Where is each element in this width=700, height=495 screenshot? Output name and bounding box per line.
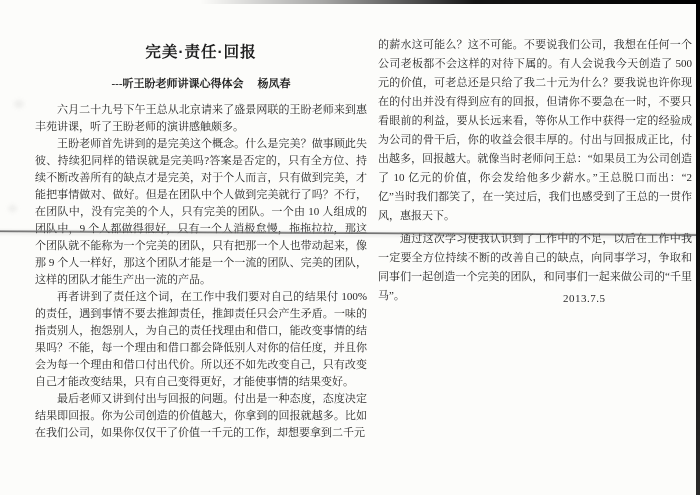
author-name: 杨凤春 (258, 78, 291, 90)
date-text: 2013.7.5 (563, 293, 606, 305)
left-column: 完美·责任·回报 ---听王盼老师讲课心得体会杨凤春 六月二十九号下午王总从北京… (35, 40, 367, 442)
paragraph-perfection: 王盼老师首先讲到的是完美这个概念。什么是完美？做事顾此失彼、持续犯同样的错误就是… (35, 136, 367, 289)
paragraph-intro: 六月二十九号下午王总从北京请来了盛景网联的王盼老师来到惠丰苑讲课，听了王盼老师的… (35, 102, 367, 136)
subtitle-text: ---听王盼老师讲课心得体会 (112, 78, 244, 90)
scan-edge-right (696, 0, 700, 495)
right-column: 的薪水这可能么？这不可能。不要说我们公司，我想在任何一个公司老板都不会这样的对待… (378, 36, 692, 306)
scan-edge-top (200, 0, 700, 4)
paragraph-reward: 最后老师又讲到付出与回报的问题。付出是一种态度，态度决定结果即回报。你为公司创造… (35, 391, 367, 442)
document-subtitle: ---听王盼老师讲课心得体会杨凤春 (35, 75, 367, 91)
scanned-document-page: 完美·责任·回报 ---听王盼老师讲课心得体会杨凤春 六月二十九号下午王总从北京… (0, 0, 700, 495)
scan-smudge (8, 205, 17, 212)
left-column-body: 六月二十九号下午王总从北京请来了盛景网联的王盼老师来到惠丰苑讲课，听了王盼老师的… (35, 102, 367, 442)
paragraph-reward-continuation: 的薪水这可能么？这不可能。不要说我们公司，我想在任何一个公司老板都不会这样的对待… (378, 36, 692, 226)
scan-smudge (14, 100, 24, 108)
document-title: 完美·责任·回报 (35, 40, 367, 62)
paragraph-responsibility: 再者讲到了责任这个词，在工作中我们要对自己的结果付 100%的责任，遇到事情不要… (35, 289, 367, 391)
paragraph-closing: 通过这次学习使我认识到了工作中的不足，以后在工作中我一定要全方位持续不断的改善自… (378, 230, 692, 306)
